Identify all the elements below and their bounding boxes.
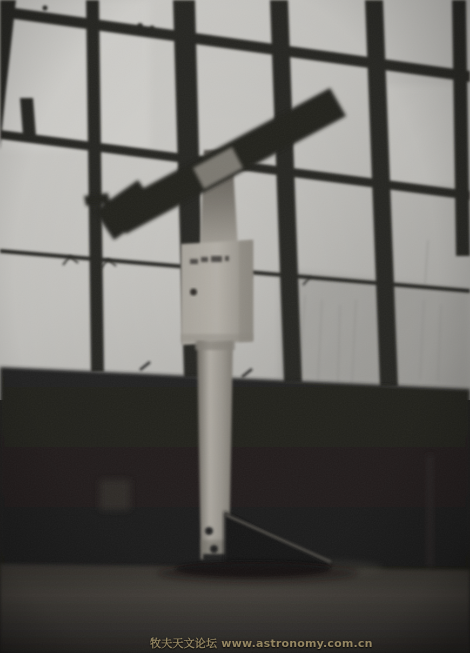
photo-scene [0,0,470,653]
watermark-text: 牧夫天文论坛 www.astronomy.com.cn [150,635,470,651]
photograph: 牧夫天文论坛 www.astronomy.com.cn [0,0,470,653]
vignette-overlay [0,0,470,653]
